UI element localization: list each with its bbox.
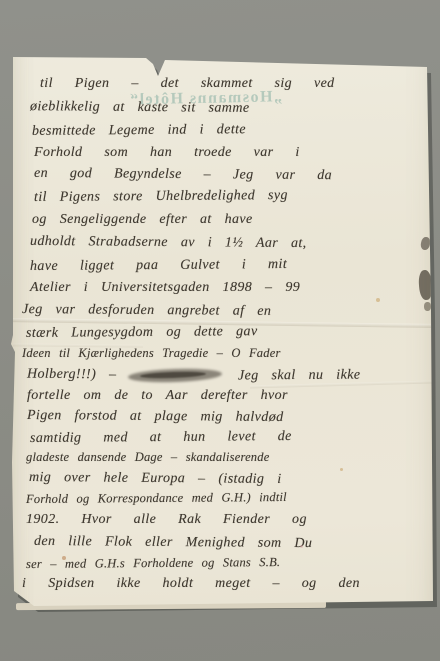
handwriting-line: en god Begyndelse – Jeg var da [34, 166, 332, 183]
photo-background: „Hosmanns Hôtel“ til Pigen – det skammet… [0, 0, 440, 661]
handwriting-line: Holberg!!!) – [27, 367, 117, 383]
handwriting-line: i Spidsen ikke holdt meget – og den [22, 576, 360, 591]
paper-freckle [300, 545, 303, 548]
handwriting-line: Atelier i Universitetsgaden 1898 – 99 [30, 280, 300, 295]
letter-paper: „Hosmanns Hôtel“ til Pigen – det skammet… [0, 0, 440, 661]
handwriting-line: den lille Flok eller Menighed som Du [34, 534, 312, 551]
tape-stain [424, 302, 431, 311]
handwriting-line: Ideen til Kjærlighedens Tragedie – O Fad… [22, 346, 281, 361]
handwriting-line: til Pigen – det skammet sig ved [40, 76, 335, 91]
handwriting-line: øieblikkelig at kaste sit samme [30, 99, 250, 116]
handwriting-line: og Sengeliggende efter at have [32, 212, 253, 227]
torn-edge-flap [146, 57, 167, 77]
handwriting-line: Pigen forstod at plage mig halvdød [27, 408, 284, 425]
handwriting-line: stærk Lungesygdom og dette gav [26, 324, 258, 341]
handwriting-line: Forhold som han troede var i [34, 145, 300, 160]
tape-stain [420, 236, 431, 250]
handwriting-line: have ligget paa Gulvet i mit [30, 257, 287, 274]
paper-freckle [376, 298, 380, 302]
handwriting-line: udholdt Strabadserne av i 1½ Aar at, [30, 234, 307, 251]
handwriting-line: Jeg var desforuden angrebet af en [22, 302, 271, 319]
handwriting-line: Forhold og Korrespondance med G.H.) indt… [26, 490, 287, 507]
handwriting-line: til Pigens store Uhelbredelighed syg [34, 188, 288, 205]
handwriting-line: fortelle om de to Aar derefter hvor [27, 388, 288, 403]
handwriting-line: Jeg skal nu ikke [238, 368, 361, 384]
handwriting-line: mig over hele Europa – (istadig i [29, 470, 282, 487]
handwriting-line: 1902. Hvor alle Rak Fiender og [26, 512, 307, 527]
handwriting-line: gladeste dansende Dage – skandaliserende [26, 450, 269, 465]
paper-freckle [62, 556, 66, 560]
handwriting-line: besmittede Legeme ind i dette [32, 122, 246, 139]
paper-freckle [340, 468, 343, 471]
handwriting-line: samtidig med at hun levet de [30, 429, 292, 446]
